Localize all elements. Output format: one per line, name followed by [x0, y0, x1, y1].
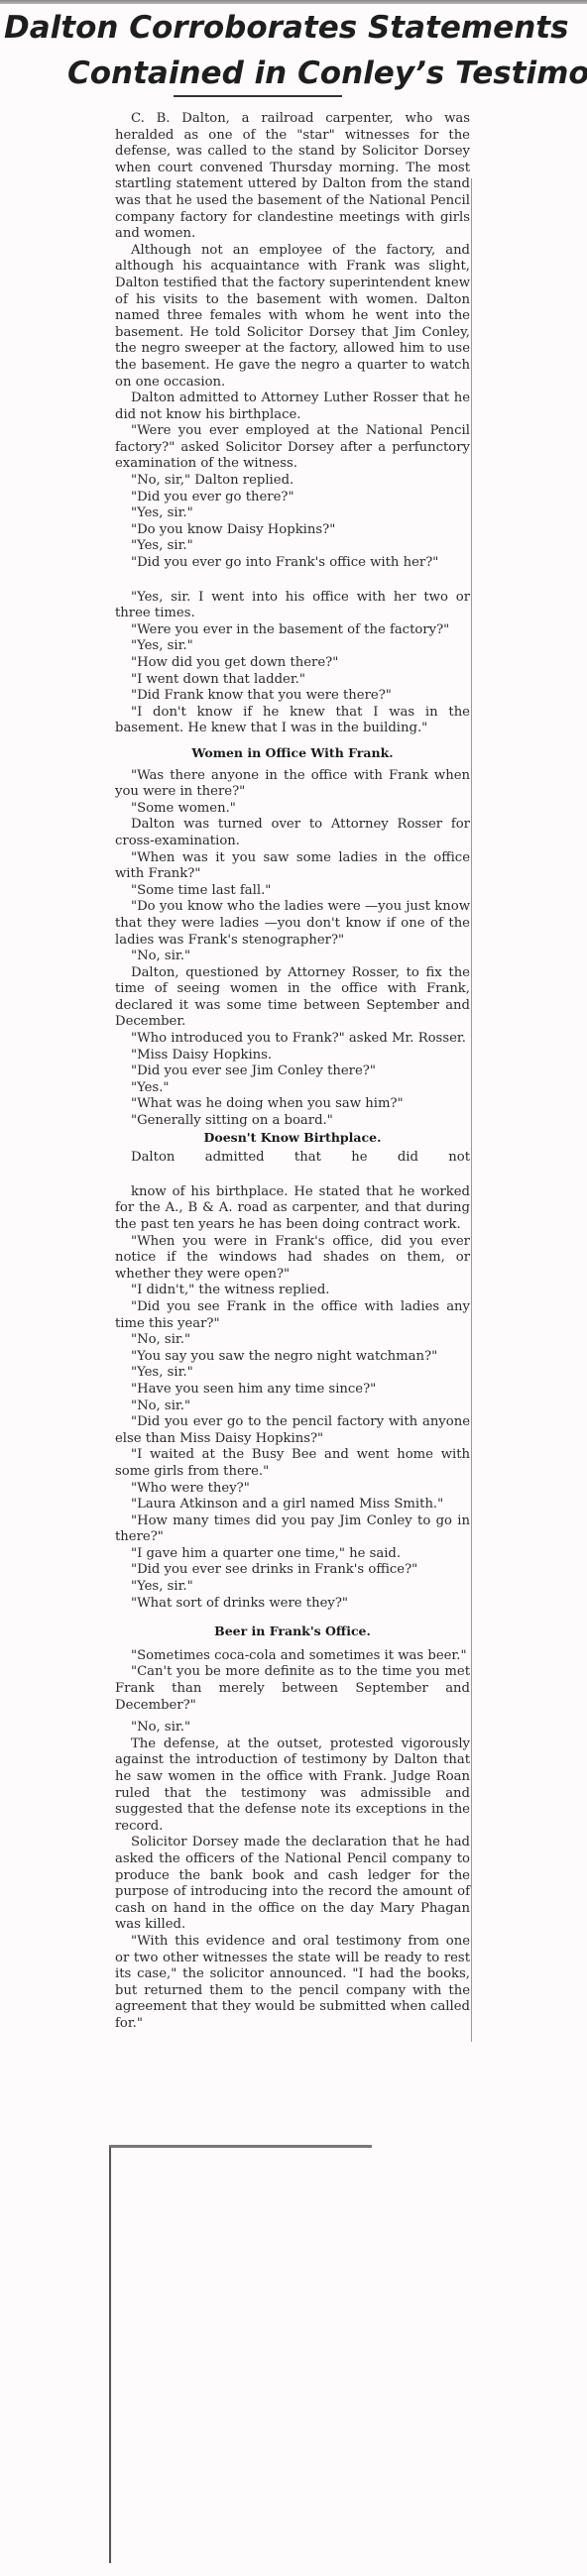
article-paragraph: "Did you ever see drinks in Frank's offi…	[115, 1562, 470, 1579]
top-rule	[0, 0, 587, 4]
article-paragraph: "Did you ever go to the pencil factory w…	[115, 1414, 470, 1447]
article-paragraph: "Yes, sir. I went into his office with h…	[115, 590, 470, 622]
article-paragraph: Dalton admitted that he did not	[115, 1150, 470, 1167]
article-paragraph: "No, sir."	[115, 1399, 470, 1415]
article-paragraph: Solicitor Dorsey made the declaration th…	[115, 1835, 470, 1934]
article-paragraph: "No, sir."	[115, 1720, 470, 1736]
column-rule-left	[109, 2147, 111, 2563]
article-paragraph: "Laura Atkinson and a girl named Miss Sm…	[115, 1497, 470, 1513]
article-paragraph: "Miss Daisy Hopkins.	[115, 1048, 470, 1064]
article-paragraph: C. B. Dalton, a railroad carpenter, who …	[115, 111, 470, 243]
article-paragraph: "No, sir."	[115, 949, 470, 965]
article-paragraph: "Yes, sir."	[115, 538, 470, 555]
article-paragraph: "I don't know if he knew that I was in t…	[115, 705, 470, 737]
article-paragraph: "Did you see Frank in the office with la…	[115, 1299, 470, 1332]
article-section-1: C. B. Dalton, a railroad carpenter, who …	[115, 111, 470, 572]
article-paragraph: "What was he doing when you saw him?"	[115, 1096, 470, 1113]
article-paragraph: "I gave him a quarter one time," he said…	[115, 1546, 470, 1563]
article-paragraph: "Did Frank know that you were there?"	[115, 688, 470, 705]
article-paragraph: "Who were they?"	[115, 1481, 470, 1498]
article-paragraph: "No, sir," Dalton replied.	[115, 473, 470, 490]
article-paragraph: Although not an employee of the factory,…	[115, 243, 470, 391]
subhead-beer: Beer in Frank's Office.	[115, 1624, 470, 1640]
article-paragraph: "Did you ever go into Frank's office wit…	[115, 555, 470, 572]
article-paragraph: "Yes, sir."	[115, 1365, 470, 1382]
article-section-5: "Sometimes coca-cola and sometimes it wa…	[115, 1648, 470, 1714]
subhead-women-in-office: Women in Office With Frank.	[115, 745, 470, 762]
article-paragraph: "When was it you saw some ladies in the …	[115, 850, 470, 883]
article-paragraph: "Do you know Daisy Hopkins?"	[115, 522, 470, 539]
article-paragraph: "Yes, sir."	[115, 505, 470, 522]
article-paragraph: "When you were in Frank's office, did yo…	[115, 1234, 470, 1284]
article-paragraph: "Have you seen him any time since?"	[115, 1382, 470, 1399]
article-paragraph: know of his birthplace. He stated that h…	[115, 1184, 470, 1234]
article-paragraph: "Were you ever in the basement of the fa…	[115, 622, 470, 639]
article-paragraph: "What sort of drinks were they?"	[115, 1596, 470, 1613]
article-section-3: "Was there anyone in the office with Fra…	[115, 768, 470, 1130]
fold-gap	[115, 1167, 470, 1184]
article-paragraph: "I waited at the Busy Bee and went home …	[115, 1447, 470, 1480]
article-paragraph: "Can't you be more definite as to the ti…	[115, 1664, 470, 1714]
article-paragraph: "How did you get down there?"	[115, 655, 470, 672]
article-paragraph: "Some women."	[115, 801, 470, 818]
article-paragraph: "Did you ever go there?"	[115, 490, 470, 506]
headline-line-2: Contained in Conley’s Testimony	[67, 56, 587, 91]
article-paragraph: "Who introduced you to Frank?" asked Mr.…	[115, 1031, 470, 1048]
article-paragraph: Dalton was turned over to Attorney Rosse…	[115, 817, 470, 849]
newspaper-clipping: Dalton Corroborates Statements Contained…	[0, 0, 587, 2576]
article-paragraph: "Was there anyone in the office with Fra…	[115, 768, 470, 801]
subhead-birthplace: Doesn't Know Birthplace.	[115, 1130, 470, 1147]
article-paragraph: "Yes."	[115, 1080, 470, 1097]
headline-line-1: Dalton Corroborates Statements	[4, 10, 569, 46]
article-paragraph: "No, sir."	[115, 1332, 470, 1349]
article-paragraph: Dalton admitted to Attorney Luther Rosse…	[115, 391, 470, 423]
article-paragraph: The defense, at the outset, protested vi…	[115, 1736, 470, 1836]
article-section-2: "Yes, sir. I went into his office with h…	[115, 590, 470, 737]
article-paragraph: "Yes, sir."	[115, 1579, 470, 1596]
article-paragraph: "Did you ever see Jim Conley there?"	[115, 1064, 470, 1080]
article-paragraph: "I didn't," the witness replied.	[115, 1283, 470, 1299]
box-rule-top	[109, 2145, 372, 2148]
article-paragraph: "How many times did you pay Jim Conley t…	[115, 1513, 470, 1546]
article-paragraph: "Sometimes coca-cola and sometimes it wa…	[115, 1648, 470, 1665]
article-paragraph: "Do you know who the ladies were —you ju…	[115, 899, 470, 949]
article-paragraph: "With this evidence and oral testimony f…	[115, 1934, 470, 2033]
headline-divider	[174, 95, 342, 97]
article-paragraph: "Yes, sir."	[115, 638, 470, 655]
article-paragraph: "Some time last fall."	[115, 883, 470, 900]
article-paragraph: "I went down that ladder."	[115, 672, 470, 689]
column-rule-right	[471, 178, 472, 2042]
article-paragraph: Dalton, questioned by Attorney Rosser, t…	[115, 965, 470, 1031]
article-paragraph: "Were you ever employed at the National …	[115, 423, 470, 473]
article-paragraph: "You say you saw the negro night watchma…	[115, 1349, 470, 1366]
article-body: C. B. Dalton, a railroad carpenter, who …	[115, 111, 470, 2033]
article-section-6: "No, sir."The defense, at the outset, pr…	[115, 1720, 470, 2032]
fold-gap	[115, 572, 470, 590]
article-section-4: know of his birthplace. He stated that h…	[115, 1184, 470, 1612]
article-paragraph: "Generally sitting on a board."	[115, 1113, 470, 1130]
